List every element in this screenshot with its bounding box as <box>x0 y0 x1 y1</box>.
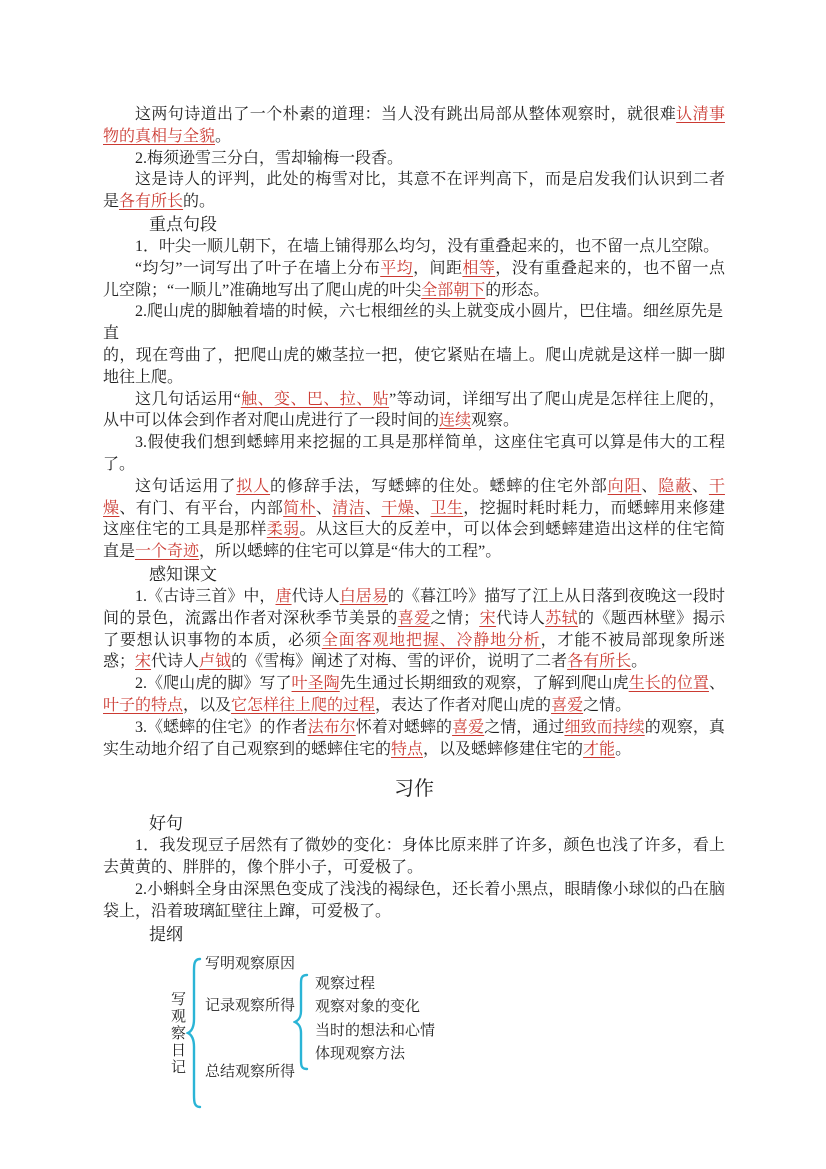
highlighted-text: 叶子的特点 <box>103 697 183 714</box>
paragraph: 这是诗人的评判，此处的梅雪对比，其意不在评判高下，而是启发我们认识到二者是各有所… <box>103 169 725 213</box>
text-run: 代诗人 <box>496 610 545 627</box>
text-run: 的《雪梅》阐述了对梅、雪的评价，说明了二者 <box>231 653 567 670</box>
highlighted-text: 触、变、巴、拉、贴 <box>241 391 389 408</box>
text-run: 1．我发现豆子居然有了微妙的变化：身体比原来胖了许多，颜色也浅了许多，看上去黄黄… <box>103 837 725 876</box>
text-run: 的修辞手法，写蟋蟀的住处。蟋蟀的住宅外部 <box>270 478 608 495</box>
paragraph: 2.爬山虎的脚触着墙的时候，六七根细丝的头上就变成小圆片，巴住墙。细丝原先是直的… <box>103 301 725 388</box>
highlighted-text: 法布尔 <box>308 719 356 736</box>
text-run: 、 <box>414 500 430 517</box>
text-run: ，所以蟋蟀的住宅可以算是“伟大的工程”。 <box>199 543 501 560</box>
highlighted-text: 清洁 <box>332 500 365 517</box>
text-run: ，间距 <box>413 260 462 277</box>
paragraph: 这句话运用了拟人的修辞手法，写蟋蟀的住处。蟋蟀的住宅外部向阳、隐蔽、干燥、有门、… <box>103 476 725 563</box>
highlighted-text: 白居易 <box>340 588 388 605</box>
text-run: 。 <box>631 653 647 670</box>
text-run: 提纲 <box>149 925 183 944</box>
text-run: 习作 <box>394 778 434 800</box>
outline-diagram: 写观察日记 写明观察原因 记录观察所得 总结观察所得 观察过程 观察对象的变化 … <box>103 949 725 1124</box>
highlighted-text: 宋 <box>479 610 496 627</box>
emphasized-text: 伟大的工程 <box>643 434 725 451</box>
outline-level2-item: 当时的想法和心情 <box>315 1024 435 1039</box>
highlighted-text: 喜爱 <box>551 697 583 714</box>
document-body: 这两句诗道出了一个朴素的道理：当人没有跳出局部从整体观察时，就很难认清事物的真相… <box>103 104 725 946</box>
text-run: 先生通过长期细致的观察，了解到爬山虎 <box>340 675 629 692</box>
highlighted-text: 全面客观地把握、冷静地分析 <box>322 632 541 649</box>
highlighted-text: 喜爱 <box>452 719 484 736</box>
highlighted-text: 卫生 <box>431 500 464 517</box>
outline-level1-item: 写明观察原因 <box>205 957 295 972</box>
paragraph: 3.《蟋蟀的住宅》的作者法布尔怀着对蟋蟀的喜爱之情，通过细致而持续的观察，真实生… <box>103 717 725 761</box>
text-run: 代诗人 <box>292 588 340 605</box>
text-run: 这句话运用了 <box>135 478 236 495</box>
paragraph: 1.《古诗三首》中，唐代诗人白居易的《暮江吟》描写了江上从日落到夜晚这一段时间的… <box>103 586 725 673</box>
text-run: 、有门、有平台，内部 <box>119 500 283 517</box>
text-run: 2.《爬山虎的脚》写了 <box>135 675 292 692</box>
text-run: 怀着对蟋蟀的 <box>356 719 452 736</box>
paragraph: 3.假使我们想到蟋蟀用来挖掘的工具是那样简单，这座住宅真可以算是伟大的工程了。 <box>103 432 725 476</box>
text-run: 好句 <box>149 814 183 833</box>
document-page: 这两句诗道出了一个朴素的道理：当人没有跳出局部从整体观察时，就很难认清事物的真相… <box>103 104 725 1124</box>
outline-level1-item: 总结观察所得 <box>205 1065 295 1080</box>
highlighted-text: 喜爱 <box>398 610 431 627</box>
page-title-xizuo: 习作 <box>103 776 725 802</box>
section-heading-ganzhi-kewen: 感知课文 <box>149 563 725 586</box>
text-run: 1．叶尖 <box>135 238 191 255</box>
emphasized-text: 均匀 <box>399 238 431 255</box>
left-brace-icon <box>186 957 202 1109</box>
highlighted-text: 干燥 <box>381 500 414 517</box>
sub-brace-icon <box>293 973 309 1071</box>
highlighted-text: 生长的位置 <box>629 675 709 692</box>
paragraph: 1．叶尖一顺儿朝下，在墙上铺得那么均匀，没有重叠起来的，也不留一点儿空隙。 <box>103 236 725 258</box>
outline-level1-item: 记录观察所得 <box>205 999 295 1014</box>
highlighted-text: 一个奇迹 <box>135 543 199 560</box>
text-run: 之情，通过 <box>484 719 564 736</box>
section-heading-tigang: 提纲 <box>149 923 725 946</box>
highlighted-text: 宋 <box>135 653 151 670</box>
text-run: “均匀”一词写出了叶子在墙上分布 <box>135 260 380 277</box>
text-run: 直 <box>103 325 119 342</box>
highlighted-text: 各有所长 <box>119 193 183 210</box>
text-run: 朝下，在墙上铺得那么 <box>239 238 399 255</box>
highlighted-text: 相等 <box>462 260 495 277</box>
paragraph: 2.《爬山虎的脚》写了叶圣陶先生通过长期细致的观察，了解到爬山虎生长的位置、叶子… <box>103 673 725 717</box>
text-run: 代诗人 <box>151 653 199 670</box>
text-run: 这两句诗道出了一个朴素的道理：当人没有跳出局部从整体观察时，就很难 <box>135 106 676 123</box>
highlighted-text: 向阳 <box>608 478 642 495</box>
paragraph: “均匀”一词写出了叶子在墙上分布平均，间距相等，没有重叠起来的，也不留一点儿空隙… <box>103 258 725 302</box>
text-run: ，以及蟋蟀修建住宅的 <box>423 741 583 758</box>
text-run: 这几句话运用“ <box>135 391 241 408</box>
emphasized-text: 一顺儿 <box>191 238 239 255</box>
section-heading-zhongdian-juduan: 重点句段 <box>149 213 725 236</box>
text-run: 的形态。 <box>485 282 549 299</box>
text-run: ，没有重叠起来的，也不留一点儿空隙。 <box>431 238 719 255</box>
section-heading-haoju: 好句 <box>149 812 725 835</box>
text-run: 、 <box>316 500 332 517</box>
text-run: 的。 <box>183 193 215 210</box>
text-run: 2.小蝌蚪全身由深黑色变成了浅浅的褐绿色，还长着小黑点，眼睛像小球似的凸在脑袋上… <box>103 881 725 920</box>
highlighted-text: 各有所长 <box>567 653 631 670</box>
outline-level2-item: 观察对象的变化 <box>315 1000 420 1015</box>
text-run: 3.《蟋蟀的住宅》的作者 <box>135 719 308 736</box>
highlighted-text: 细致而持续 <box>564 719 644 736</box>
text-run: ，表达了作者对爬山虎的 <box>375 697 551 714</box>
text-run: 、 <box>641 478 658 495</box>
highlighted-text: 才能 <box>583 741 615 758</box>
paragraph: 2.小蝌蚪全身由深黑色变成了浅浅的褐绿色，还长着小黑点，眼睛像小球似的凸在脑袋上… <box>103 879 725 923</box>
outline-level2-item: 体现观察方法 <box>315 1047 405 1062</box>
text-run: 。 <box>615 741 631 758</box>
text-run: 的，现在弯曲了，把爬山虎的嫩茎拉一把，使它紧贴在墙上。爬山虎就是这样一脚一脚地往… <box>103 347 725 386</box>
highlighted-text: 卢钺 <box>199 653 231 670</box>
highlighted-text: 苏轼 <box>545 610 578 627</box>
text-run: 、 <box>692 478 709 495</box>
text-run: 重点句段 <box>149 215 217 234</box>
text-run: 。 <box>215 128 231 145</box>
text-run: 之情。 <box>583 697 631 714</box>
text-run: 之情； <box>431 610 480 627</box>
outline-root-label: 写观察日记 <box>169 991 184 1076</box>
highlighted-text: 它怎样往上爬的过程 <box>231 697 375 714</box>
highlighted-text: 特点 <box>391 741 423 758</box>
highlighted-text: 叶圣陶 <box>292 675 340 692</box>
text-run: ，以及 <box>183 697 231 714</box>
highlighted-text: 平均 <box>380 260 413 277</box>
outline-level2-item: 观察过程 <box>315 977 375 992</box>
paragraph: 1．我发现豆子居然有了微妙的变化：身体比原来胖了许多，颜色也浅了许多，看上去黄黄… <box>103 835 725 879</box>
paragraph: 2.梅须逊雪三分白，雪却输梅一段香。 <box>103 148 725 170</box>
highlighted-text: 隐蔽 <box>658 478 692 495</box>
highlighted-text: 简朴 <box>283 500 316 517</box>
text-run: 1.《古诗三首》中， <box>135 588 275 605</box>
paragraph: 这两句诗道出了一个朴素的道理：当人没有跳出局部从整体观察时，就很难认清事物的真相… <box>103 104 725 148</box>
highlighted-text: 唐 <box>275 588 291 605</box>
text-run: 了。 <box>103 456 135 473</box>
highlighted-text: 柔弱 <box>267 521 300 538</box>
text-run: 观察。 <box>471 412 519 429</box>
paragraph: 这几句话运用“触、变、巴、拉、贴”等动词，详细写出了爬山虎是怎样往上爬的，从中可… <box>103 389 725 433</box>
text-run: 、 <box>709 675 725 692</box>
text-run: 感知课文 <box>149 565 217 584</box>
text-run: 、 <box>365 500 381 517</box>
text-run: 2.梅须逊雪三分白，雪却输梅一段香。 <box>135 150 403 167</box>
text-run: 3.假使我们想到蟋蟀用来挖掘的工具是那样简单，这座住宅真可以算是 <box>135 434 643 451</box>
highlighted-text: 全部朝下 <box>421 282 485 299</box>
highlighted-text: 拟人 <box>236 478 270 495</box>
highlighted-text: 连续 <box>439 412 471 429</box>
text-run: 2.爬山虎的脚触着墙的时候，六七根细丝的头上就变成小圆片，巴住墙。细丝原先是 <box>135 303 723 320</box>
